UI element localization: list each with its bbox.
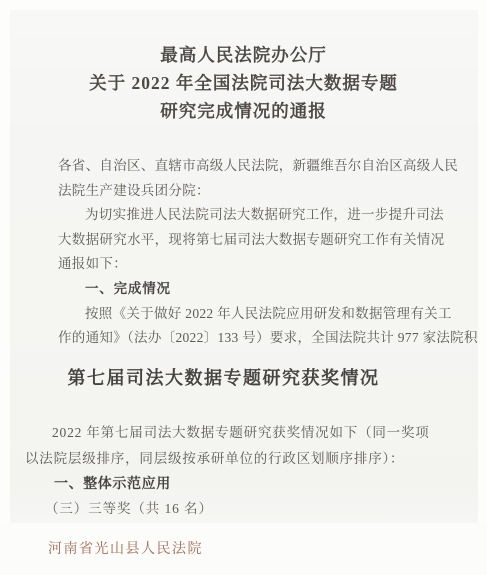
section-one-paragraph-line: 按照《关于做好 2022 年人民法院应用研发和数据管理有关工: [58, 302, 458, 327]
intro-paragraph-line: 大数据研究水平，现将第七届司法大数据专题研究工作有关情况: [58, 228, 458, 253]
award-intro-paragraph: 2022 年第七届司法大数据专题研究获奖情况如下（同一奖项 以法院层级排序，同层…: [25, 420, 425, 471]
section-one-paragraph-line: 作的通知》（法办〔2022〕133 号）要求，全国法院共计 977 家法院积: [58, 326, 458, 351]
document-body: 各省、自治区、直辖市高级人民法院，新疆维吾尔自治区高级人民 法院生产建设兵团分院…: [58, 154, 458, 351]
award-winner-court: 河南省光山县人民法院: [48, 538, 203, 558]
intro-paragraph-line: 通报如下：: [58, 252, 458, 277]
award-tier-label: （三）三等奖（共 16 名）: [45, 497, 213, 517]
document-title: 最高人民法院办公厅 关于 2022 年全国法院司法大数据专题 研究完成情况的通报: [46, 41, 441, 125]
award-intro-line: 以法院层级排序，同层级按承研单位的行政区划顺序排序）：: [25, 446, 425, 472]
document-title-line-3: 研究完成情况的通报: [46, 97, 441, 125]
addressee-line: 各省、自治区、直辖市高级人民法院，新疆维吾尔自治区高级人民: [58, 154, 458, 179]
intro-paragraph-line: 为切实推进人民法院司法大数据研究工作，进一步提升司法: [58, 203, 458, 228]
document-title-line-1: 最高人民法院办公厅: [46, 41, 441, 69]
award-category-heading: 一、整体示范应用: [54, 473, 171, 493]
section-one-heading: 一、完成情况: [58, 277, 458, 302]
document-title-line-2: 关于 2022 年全国法院司法大数据专题: [46, 69, 441, 97]
notice-page: 最高人民法院办公厅 关于 2022 年全国法院司法大数据专题 研究完成情况的通报…: [0, 0, 487, 575]
addressee-line: 法院生产建设兵团分院：: [58, 179, 458, 204]
award-section-heading: 第七届司法大数据专题研究获奖情况: [25, 364, 422, 390]
award-intro-line: 2022 年第七届司法大数据专题研究获奖情况如下（同一奖项: [25, 420, 425, 446]
